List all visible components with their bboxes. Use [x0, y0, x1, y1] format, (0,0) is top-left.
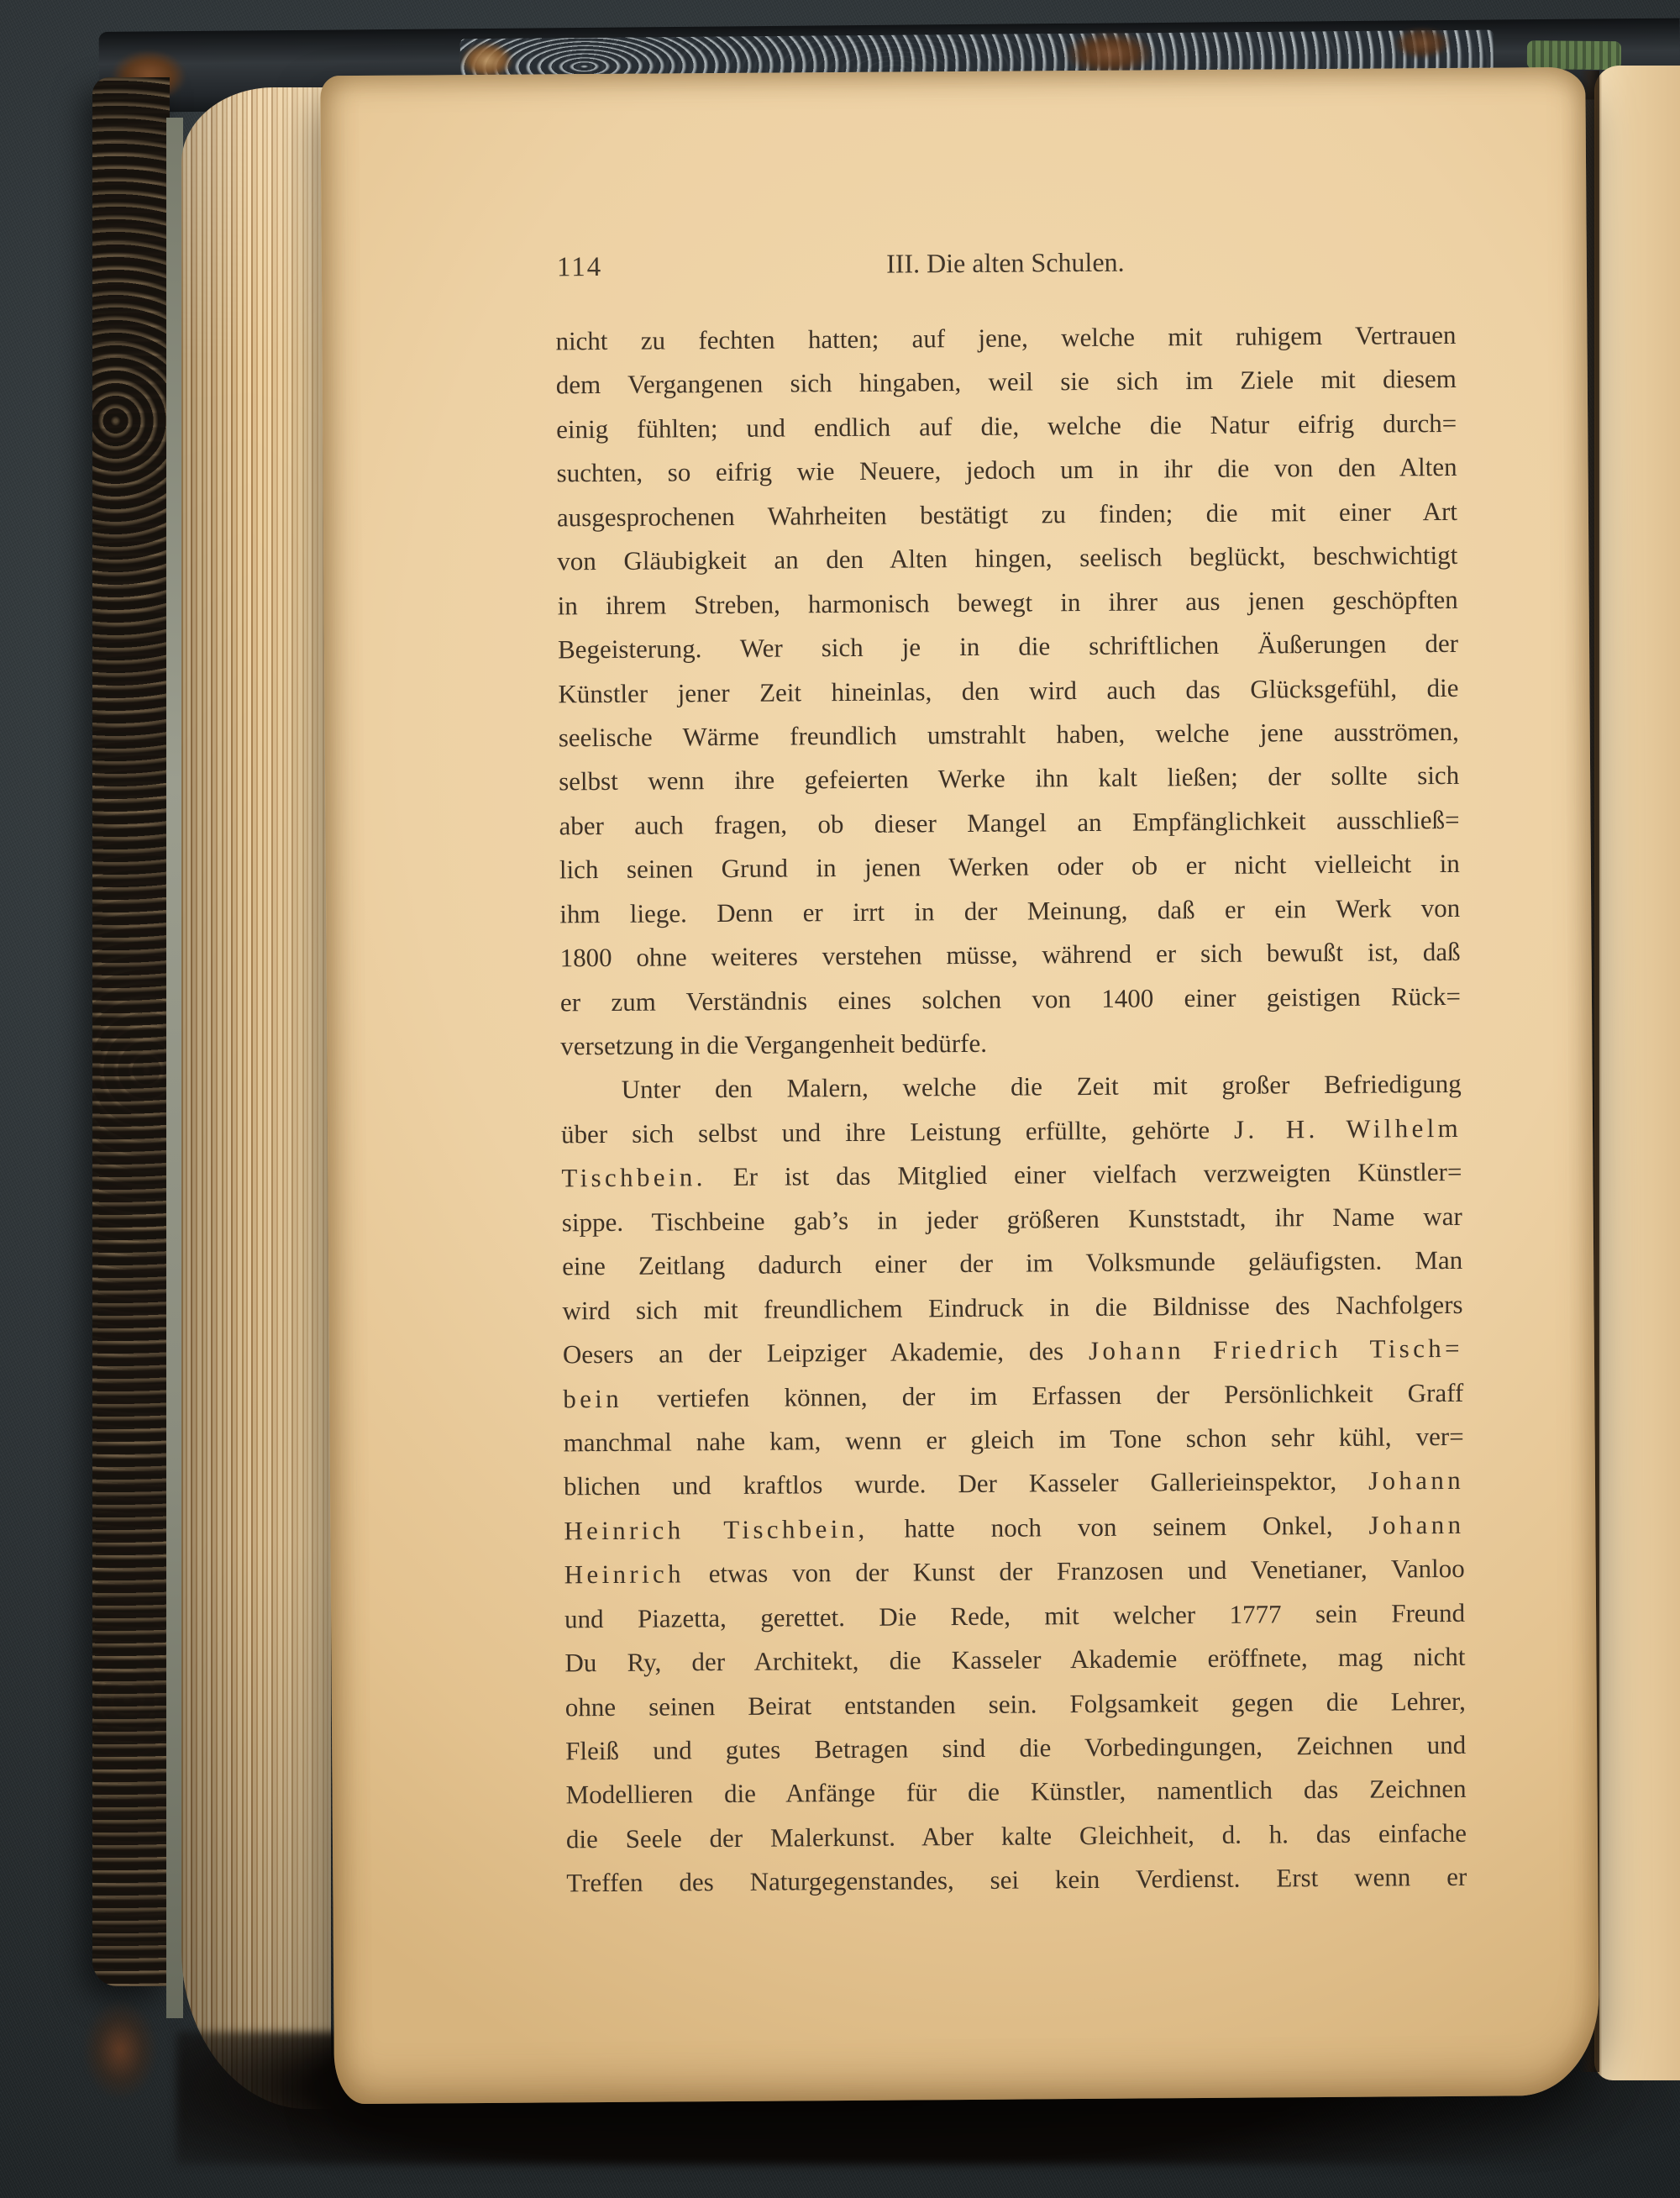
text-line: Unter den Malern, welche die Zeit mit gr…	[561, 1062, 1462, 1112]
body-text: nicht zu fechten hatten; auf jene, welch…	[555, 313, 1467, 1906]
text-line: versetzung in die Vergangenheit bedürfe.	[560, 1018, 1461, 1069]
text-line: Fleiß und gutes Betragen sind die Vorbed…	[565, 1723, 1466, 1774]
running-header: III. Die alten Schulen.	[555, 245, 1456, 281]
emphasized-name: Johann	[1368, 1510, 1464, 1540]
text-line: wird sich mit freundlichem Eindruck in d…	[562, 1282, 1462, 1333]
text-line: in ihrem Streben, harmonisch bewegt in i…	[558, 578, 1458, 628]
text-line: seelische Wärme freundlich umstrahlt hab…	[559, 710, 1459, 760]
text-line: über sich selbst und ihre Leistung erfül…	[561, 1107, 1462, 1157]
text-line: Treffen des Naturgegenstandes, sei kein …	[566, 1855, 1467, 1906]
right-page-edge	[1594, 66, 1680, 2080]
book-cover-spine-edge	[92, 77, 170, 1986]
endpaper-edge	[166, 118, 183, 2018]
text-line: lich seinen Grund in jenen Werken oder o…	[559, 842, 1460, 892]
emphasized-name: Johann	[1368, 1465, 1464, 1496]
page-content: 114 III. Die alten Schulen. nicht zu fec…	[555, 241, 1467, 1906]
text-line: nicht zu fechten hatten; auf jene, welch…	[555, 313, 1456, 364]
text-line: ausgesprochenen Wahrheiten bestätigt zu …	[557, 490, 1457, 540]
page-stack-edges	[181, 87, 331, 2109]
text-line: Künstler jener Zeit hineinlas, den wird …	[558, 665, 1458, 716]
text-line: Begeisterung. Wer sich je in die schrift…	[558, 622, 1458, 672]
text-line: selbst wenn ihre gefeierten Werke ihn ka…	[559, 754, 1459, 804]
emphasized-name: J. H. Wilhelm	[1234, 1113, 1462, 1144]
text-line: aber auch fragen, ob dieser Mangel an Em…	[559, 798, 1459, 849]
page-header-row: 114 III. Die alten Schulen.	[555, 241, 1457, 319]
text-line: er zum Verständnis eines solchen von 140…	[560, 974, 1461, 1024]
emphasized-name: Johann Friedrich Tisch=	[1089, 1333, 1463, 1365]
text-line: Heinrich etwas von der Kunst der Franzos…	[564, 1547, 1465, 1597]
text-line: ohne seinen Beirat entstanden sein. Folg…	[565, 1679, 1466, 1729]
text-line: Heinrich Tischbein, hatte noch von seine…	[564, 1503, 1464, 1554]
left-page: 114 III. Die alten Schulen. nicht zu fec…	[320, 67, 1599, 2104]
text-line: suchten, so eifrig wie Neuere, jedoch um…	[556, 445, 1457, 496]
text-line: 1800 ohne weiteres verstehen müsse, währ…	[559, 930, 1460, 981]
text-line: Tischbein. Er ist das Mitglied einer vie…	[561, 1150, 1462, 1201]
book-photo: 114 III. Die alten Schulen. nicht zu fec…	[0, 0, 1680, 2198]
text-line: manchmal nahe kam, wenn er gleich im Ton…	[563, 1415, 1463, 1465]
text-line: die Seele der Malerkunst. Aber kalte Gle…	[566, 1812, 1467, 1862]
embossed-leather-pattern	[92, 77, 170, 1986]
text-line: eine Zeitlang dadurch einer der im Volks…	[562, 1238, 1462, 1289]
green-headband	[1527, 40, 1621, 70]
text-line: und Piazetta, gerettet. Die Rede, mit we…	[564, 1591, 1465, 1642]
text-line: Du Ry, der Architekt, die Kasseler Akade…	[564, 1635, 1465, 1685]
text-line: bein vertiefen können, der im Erfassen d…	[563, 1370, 1463, 1421]
text-line: Oesers an der Leipziger Akademie, des Jo…	[563, 1327, 1463, 1377]
text-line: ihm liege. Denn er irrt in der Meinung, …	[559, 886, 1460, 937]
text-line: Modellieren die Anfänge für die Künstler…	[565, 1767, 1466, 1817]
text-line: sippe. Tischbeine gab’s in jeder größere…	[562, 1195, 1462, 1245]
text-line: blichen und kraftlos wurde. Der Kasseler…	[564, 1459, 1464, 1509]
emphasized-name: bein	[563, 1383, 622, 1412]
emphasized-name: Tischbein.	[561, 1162, 706, 1192]
text-line: dem Vergangenen sich hingaben, weil sie …	[556, 357, 1457, 408]
emphasized-name: Heinrich Tischbein,	[564, 1514, 868, 1546]
text-line: von Gläubigkeit an den Alten hingen, see…	[557, 534, 1457, 584]
worn-leather-patch	[82, 2000, 158, 2101]
text-line: einig fühlten; und endlich auf die, welc…	[556, 402, 1457, 452]
emphasized-name: Heinrich	[564, 1559, 685, 1590]
